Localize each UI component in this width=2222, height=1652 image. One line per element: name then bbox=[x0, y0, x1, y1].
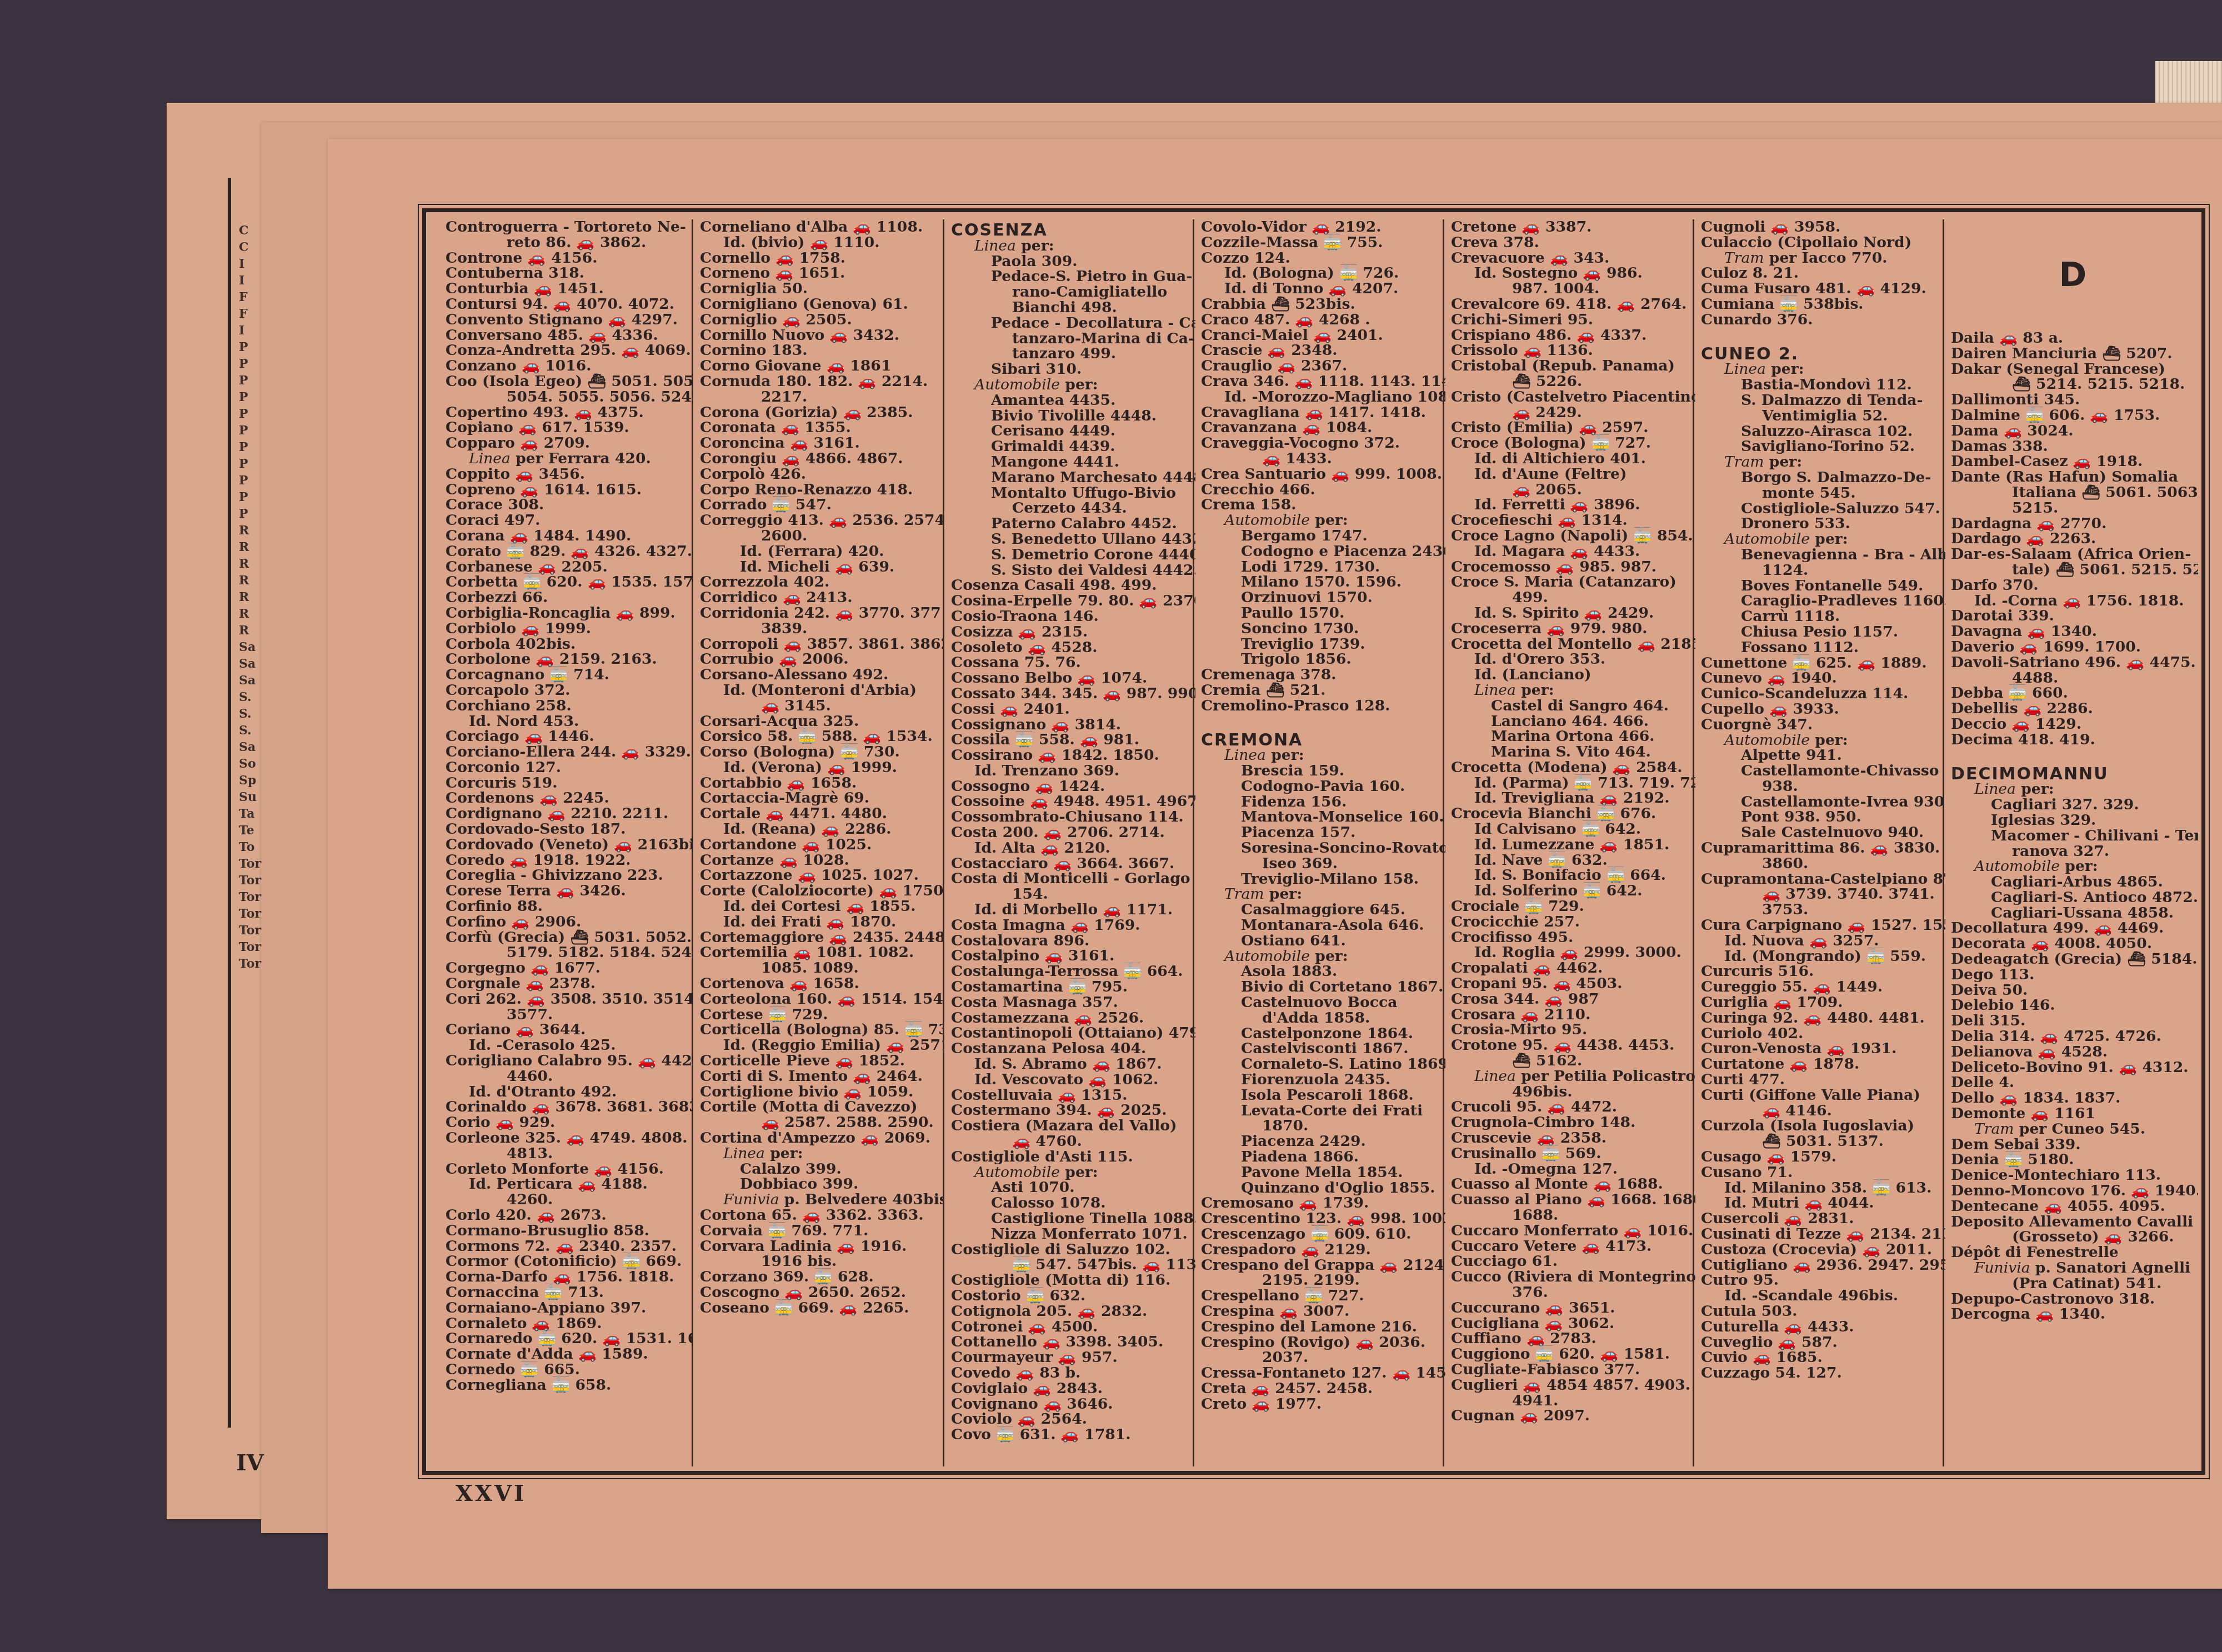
edge-letter: Ta bbox=[239, 805, 261, 822]
index-entry: 1916 bis. bbox=[700, 1254, 941, 1269]
index-entry: Corbolone 🚗 2159. 2163. bbox=[446, 652, 688, 667]
index-entry: Costa 200. 🚗 2706. 2714. bbox=[951, 825, 1192, 840]
index-entry: Crespino (Rovigo) 🚗 2036. bbox=[1201, 1335, 1442, 1350]
index-entry: Dar-es-Salaam (Africa Orien- bbox=[1951, 547, 2195, 562]
index-entry: Castellamonte-Chivasso bbox=[1701, 763, 1942, 779]
index-entry: Bivio Tivolille 4448. bbox=[951, 408, 1192, 424]
index-entry: Deiva 50. bbox=[1951, 983, 2195, 998]
index-entry: Cornaleto 🚗 1869. bbox=[446, 1316, 688, 1331]
service-type-label: Linea bbox=[1474, 682, 1516, 699]
index-entry: Cuccaro Vetere 🚗 4173. bbox=[1451, 1239, 1692, 1254]
index-entry: Cusano 71. bbox=[1701, 1165, 1942, 1180]
index-entry: Corcuris 519. bbox=[446, 775, 688, 791]
index-entry: Cagliari-Ussana 4858. bbox=[1951, 905, 2195, 921]
index-entry: Cucigliana 🚗 3062. bbox=[1451, 1316, 1692, 1331]
index-entry: 🚗 1433. bbox=[1201, 451, 1442, 467]
index-entry: Id. (Monteroni d'Arbia) bbox=[700, 683, 941, 698]
index-entry: Cuccurano 🚗 3651. bbox=[1451, 1300, 1692, 1316]
index-entry: Corace 308. bbox=[446, 497, 688, 513]
index-entry: 🚗 2587. 2588. 2590. bbox=[700, 1115, 941, 1130]
index-entry: Contursi 94. 🚗 4070. 4072. bbox=[446, 297, 688, 312]
index-entry: Davagna 🚗 1340. bbox=[1951, 624, 2195, 639]
index-entry: Costa Imagna 🚗 1769. bbox=[951, 918, 1192, 933]
service-type-label: Automobile bbox=[1724, 530, 1810, 548]
index-entry: Linea per: bbox=[1451, 683, 1692, 698]
index-entry: Crosara 🚗 2110. bbox=[1451, 1007, 1692, 1023]
index-entry: Funivia p. Sanatori Agnelli bbox=[1951, 1260, 2195, 1276]
index-column-2: Corneliano d'Alba 🚗 1108.Id. (bivio) 🚗 1… bbox=[692, 219, 944, 1466]
index-entry: Culoz 8. 21. bbox=[1701, 266, 1942, 281]
edge-letter: Tor bbox=[239, 889, 261, 905]
index-entry: Cossila 🚋 558. 🚗 981. bbox=[951, 732, 1192, 748]
index-entry: Id. (bivio) 🚗 1110. bbox=[700, 235, 941, 251]
index-entry: Id. S. Bonifacio 🚋 664. bbox=[1451, 868, 1692, 883]
service-type-label: Automobile bbox=[974, 1164, 1060, 1181]
index-entry: Automobile per: bbox=[951, 377, 1192, 393]
index-entry: Corno Giovane 🚗 1861 bbox=[700, 358, 941, 374]
index-entry: Sale Castelnuovo 940. bbox=[1701, 825, 1942, 840]
edge-letter: Su bbox=[239, 789, 261, 805]
index-entry: Codogno-Pavia 160. bbox=[1201, 779, 1442, 794]
service-type-label: Automobile bbox=[1224, 948, 1310, 965]
edge-letter: P bbox=[239, 505, 261, 522]
index-entry: Cortina d'Ampezzo 🚗 2069. bbox=[700, 1130, 941, 1146]
index-entry: Correzzola 402. bbox=[700, 574, 941, 590]
index-entry: Deli 315. bbox=[1951, 1013, 2195, 1029]
index-entry: Mangone 4441. bbox=[951, 454, 1192, 470]
index-entry: Crissolo 🚗 1136. bbox=[1451, 343, 1692, 358]
index-entry: Copertino 493. 🚗 4375. bbox=[446, 405, 688, 420]
index-entry: Curcuris 516. bbox=[1701, 964, 1942, 979]
index-entry: Castelponzone 1864. bbox=[1201, 1026, 1442, 1042]
index-entry: Dello 🚗 1834. 1837. bbox=[1951, 1090, 2195, 1106]
index-entry: Paullo 1570. bbox=[1201, 605, 1442, 621]
index-entry: Crocemosso 🚗 985. 987. bbox=[1451, 559, 1692, 575]
index-entry: Dedeagatch (Grecia) ⛴ 5184. bbox=[1951, 952, 2195, 967]
index-entry: Asola 1883. bbox=[1201, 964, 1442, 979]
service-type-label: Tram bbox=[1724, 249, 1764, 267]
index-entry: Corneno 🚗 1651. bbox=[700, 266, 941, 281]
index-entry: Crava 346. 🚗 1118. 1143. 1144. bbox=[1201, 374, 1442, 389]
index-entry: S. Dalmazzo di Tenda- bbox=[1701, 393, 1942, 408]
index-entry: Crugnola-Cimbro 148. bbox=[1451, 1115, 1692, 1130]
index-entry: Costa Masnaga 357. bbox=[951, 995, 1192, 1010]
index-entry: Cori 262. 🚗 3508. 3510. 3514. bbox=[446, 992, 688, 1007]
edge-letter: I bbox=[239, 256, 261, 272]
index-entry: Id. Sostegno 🚗 986. bbox=[1451, 266, 1692, 281]
edge-letter: I bbox=[239, 272, 261, 289]
index-entry: Cordignano 🚗 2210. 2211. bbox=[446, 806, 688, 822]
index-entry: Cravagliana 🚗 1417. 1418. bbox=[1201, 405, 1442, 420]
index-entry: Cortese 🚋 729. bbox=[700, 1007, 941, 1023]
edge-letter: Tor bbox=[239, 872, 261, 889]
index-column-5: Cretone 🚗 3387.Creva 378.Crevacuore 🚗 34… bbox=[1443, 219, 1695, 1466]
index-entry: Cornino 183. bbox=[700, 343, 941, 358]
edge-letter: Sa bbox=[239, 739, 261, 755]
index-entry: Coriano 🚗 3644. bbox=[446, 1022, 688, 1038]
index-entry: Ostiano 641. bbox=[1201, 933, 1442, 949]
index-entry: Crocetta (Modena) 🚗 2584. bbox=[1451, 760, 1692, 775]
index-entry: ⛴ 5031. 5137. bbox=[1701, 1134, 1942, 1149]
index-entry: Isola Pescaroli 1868. bbox=[1201, 1088, 1442, 1103]
index-entry: Cosenza Casali 498. 499. bbox=[951, 578, 1192, 593]
section-heading: CUNEO 2. bbox=[1701, 347, 1942, 362]
index-entry: Costalpino 🚗 3161. bbox=[951, 948, 1192, 964]
index-entry: Cerzeto 4434. bbox=[951, 500, 1192, 516]
index-entry: Craveggia-Vocogno 372. bbox=[1201, 435, 1442, 451]
index-entry: Castel di Sangro 464. bbox=[1451, 698, 1692, 714]
index-entry: Corongiu 🚗 4866. 4867. bbox=[700, 451, 941, 467]
service-type-label: Funivia bbox=[723, 1191, 779, 1208]
index-entry: Corona (Gorizia) 🚗 2385. bbox=[700, 405, 941, 420]
index-entry: Borgo S. Dalmazzo-De- bbox=[1701, 470, 1942, 485]
index-entry: Cristobal (Repub. Panama) bbox=[1451, 358, 1692, 374]
index-entry: Brescia 159. bbox=[1201, 763, 1442, 779]
index-entry: Cremolino-Prasco 128. bbox=[1201, 698, 1442, 714]
index-entry: Corcapolo 372. bbox=[446, 683, 688, 698]
index-entry: Corrado 🚋 547. bbox=[700, 497, 941, 513]
index-entry: tanzaro-Marina di Ca- bbox=[951, 331, 1192, 347]
index-entry: Dama 🚗 3024. bbox=[1951, 423, 2195, 439]
edge-letter: Tor bbox=[239, 922, 261, 939]
index-entry: Cumiana 🚋 538bis. bbox=[1701, 297, 1942, 312]
index-entry: Corconio 127. bbox=[446, 760, 688, 775]
edge-letter: Tor bbox=[239, 955, 261, 972]
index-entry: Cormor (Cotonificio) 🚋 669. bbox=[446, 1254, 688, 1269]
index-entry: Id. Perticara 🚗 4188. bbox=[446, 1177, 688, 1192]
index-entry: Saluzzo-Airasca 102. bbox=[1701, 424, 1942, 439]
index-entry: Pont 938. 950. bbox=[1701, 809, 1942, 825]
index-entry: Id. d'Orero 353. bbox=[1451, 652, 1692, 667]
index-entry: Demonte 🚗 1161 bbox=[1951, 1106, 2195, 1122]
edge-letter: P bbox=[239, 439, 261, 455]
index-entry: 2195. 2199. bbox=[1201, 1273, 1442, 1288]
index-entry: Id. Trevigliana 🚗 2192. bbox=[1451, 790, 1692, 806]
index-entry: Dambel-Casez 🚗 1918. bbox=[1951, 454, 2195, 469]
index-entry: Treviglio 1739. bbox=[1201, 637, 1442, 652]
index-entry: Corrubio 🚗 2006. bbox=[700, 652, 941, 667]
index-entry: Corio 🚗 929. bbox=[446, 1115, 688, 1130]
index-entry: 5215. bbox=[1951, 500, 2195, 516]
index-entry: Cottanello 🚗 3398. 3405. bbox=[951, 1334, 1192, 1350]
index-entry: Crocifisso 495. bbox=[1451, 930, 1692, 945]
index-entry: Corropoli 🚗 3857. 3861. 3862. bbox=[700, 637, 941, 652]
service-type-label: Linea bbox=[469, 450, 511, 467]
index-entry: Cossirano 🚗 1842. 1850. bbox=[951, 748, 1192, 763]
index-entry: Cosio-Traona 146. bbox=[951, 609, 1192, 624]
index-entry: Dardagna 🚗 2770. bbox=[1951, 516, 2195, 532]
index-entry: Costigliole di Saluzzo 102. bbox=[951, 1242, 1192, 1258]
index-entry: Funivia p. Belvedere 403bis bbox=[700, 1192, 941, 1208]
index-entry: Cornillo Nuovo 🚗 3432. bbox=[700, 328, 941, 343]
index-entry: Crusinallo 🚋 569. bbox=[1451, 1146, 1692, 1162]
index-entry: Trigolo 1856. bbox=[1201, 652, 1442, 667]
edge-letter: R bbox=[239, 539, 261, 555]
index-entry: Piadena 1866. bbox=[1201, 1149, 1442, 1165]
index-entry: Crucoli 95. 🚗 4472. bbox=[1451, 1099, 1692, 1115]
index-entry: Dardago 🚗 2263. bbox=[1951, 531, 2195, 547]
index-entry: Id. dei Cortesi 🚗 1855. bbox=[700, 899, 941, 914]
index-entry: Crespano del Grappa 🚗 2124. bbox=[1201, 1258, 1442, 1273]
index-entry: 4941. bbox=[1451, 1393, 1692, 1409]
edge-letter: P bbox=[239, 422, 261, 439]
edge-letter: R bbox=[239, 572, 261, 589]
index-entry: Corsari-Acqua 325. bbox=[700, 714, 941, 729]
index-entry: Cornello 🚗 1758. bbox=[700, 251, 941, 266]
index-entry: Delianova 🚗 4528. bbox=[1951, 1044, 2195, 1060]
index-entry: Cremosano 🚗 1739. bbox=[1201, 1195, 1442, 1211]
index-entry: Crauglio 🚗 2367. bbox=[1201, 358, 1442, 374]
index-entry: tale) ⛴ 5061. 5215. 5216. bbox=[1951, 562, 2195, 578]
index-entry: Crespina 🚗 3007. bbox=[1201, 1304, 1442, 1319]
index-entry: Cortemilia 🚗 1081. 1082. bbox=[700, 945, 941, 960]
index-entry: Crevalcore 69. 418. 🚗 2764. bbox=[1451, 297, 1692, 312]
section-heading: DECIMOMANNU bbox=[1951, 767, 2195, 782]
index-entry: Automobile per: bbox=[1201, 513, 1442, 528]
index-entry: Cruscevie 🚗 2358. bbox=[1451, 1130, 1692, 1146]
index-entry: Corese Terra 🚗 3426. bbox=[446, 883, 688, 899]
index-entry: Soncino 1730. bbox=[1201, 621, 1442, 637]
index-entry: Nizza Monferrato 1071. bbox=[951, 1227, 1192, 1242]
index-entry: Crosia-Mirto 95. bbox=[1451, 1022, 1692, 1038]
index-entry: Cuasso al Monte 🚗 1688. bbox=[1451, 1177, 1692, 1192]
index-entry: Debellis 🚗 2286. bbox=[1951, 701, 2195, 717]
service-type-label: Linea bbox=[1474, 1068, 1516, 1085]
index-column-7: D Daila 🚗 83 a.Dairen Manciuria ⛴ 5207.D… bbox=[1943, 219, 2198, 1466]
edge-letter: Te bbox=[239, 822, 261, 839]
index-entry: Courmayeur 🚗 957. bbox=[951, 1350, 1192, 1365]
index-entry: Corteolona 160. 🚗 1514. 1546. bbox=[700, 992, 941, 1007]
index-entry: Covignano 🚗 3646. bbox=[951, 1396, 1192, 1412]
index-entry: Bivio di Cortetano 1867. bbox=[1201, 979, 1442, 995]
index-entry: Corna-Darfo 🚗 1756. 1818. bbox=[446, 1269, 688, 1285]
index-entry: Cusago 🚗 1579. bbox=[1701, 1149, 1942, 1165]
index-entry: Cranci-Maiel 🚗 2401. bbox=[1201, 328, 1442, 343]
index-entry: Corridonia 242. 🚗 3770. 3771. bbox=[700, 605, 941, 621]
index-entry: 4460. bbox=[446, 1069, 688, 1084]
index-entry: Id. (Reggio Emilia) 🚗 2571. bbox=[700, 1038, 941, 1053]
index-entry: 🚗 4760. bbox=[951, 1134, 1192, 1149]
index-entry: Corfù (Grecia) ⛴ 5031. 5052. bbox=[446, 930, 688, 945]
index-entry: Corsano-Alessano 492. bbox=[700, 667, 941, 683]
index-entry: Corti di S. Imento 🚗 2464. bbox=[700, 1069, 941, 1084]
index-entry: Cotronei 🚗 4500. bbox=[951, 1319, 1192, 1335]
index-entry: Cosoleto 🚗 4528. bbox=[951, 640, 1192, 655]
index-entry: Id. dei Frati 🚗 1870. bbox=[700, 914, 941, 930]
index-entry: monte 545. bbox=[1701, 485, 1942, 501]
index-entry: Denia 🚋 5180. bbox=[1951, 1152, 2195, 1168]
index-entry: Craco 487. 🚗 4268 . bbox=[1201, 312, 1442, 328]
index-entry: tanzaro 499. bbox=[951, 346, 1192, 362]
index-entry: Cunevo 🚗 1940. bbox=[1701, 670, 1942, 686]
index-entry: Darfo 370. bbox=[1951, 578, 2195, 593]
index-entry: 🚗 3145. bbox=[700, 698, 941, 714]
index-entry: Bastia-Mondovì 112. bbox=[1701, 377, 1942, 393]
index-entry: Dercogna 🚗 1340. bbox=[1951, 1306, 2195, 1322]
index-entry: Dobbiaco 399. bbox=[700, 1177, 941, 1192]
index-entry: Id. Lumezzane 🚗 1851. bbox=[1451, 837, 1692, 853]
index-entry: Cugliate-Fabiasco 377. bbox=[1451, 1362, 1692, 1378]
index-entry: Corgnale 🚗 2378. bbox=[446, 976, 688, 992]
index-entry: Id. (Mongrando) 🚋 559. bbox=[1701, 949, 1942, 964]
index-entry: Cupello 🚗 3933. bbox=[1701, 702, 1942, 717]
index-entry: Corigliano Calabro 95. 🚗 4424. bbox=[446, 1053, 688, 1069]
index-entry: Id. di Tonno 🚗 4207. bbox=[1201, 281, 1442, 297]
index-entry: Costiera (Mazara del Vallo) bbox=[951, 1118, 1192, 1134]
index-entry bbox=[1951, 748, 2195, 763]
index-entry: Lanciano 464. 466. bbox=[1451, 714, 1692, 729]
index-entry: Calosso 1078. bbox=[951, 1195, 1192, 1211]
index-entry: Croceserra 🚗 979. 980. bbox=[1451, 621, 1692, 637]
index-entry: Crea Santuario 🚗 999. 1008. bbox=[1201, 467, 1442, 482]
index-entry: Linea per Petilia Policastro bbox=[1451, 1069, 1692, 1084]
index-entry: Debba 🚋 660. bbox=[1951, 685, 2195, 701]
index-entry: Automobile per: bbox=[1701, 532, 1942, 547]
index-entry: Cuorgnè 347. bbox=[1701, 717, 1942, 733]
index-entry: Conversano 485. 🚗 4336. bbox=[446, 328, 688, 343]
index-entry: Cunettone 🚋 625. 🚗 1889. bbox=[1701, 655, 1942, 671]
index-entry: Id. Ferretti 🚗 3896. bbox=[1451, 497, 1692, 513]
index-entry: Cagliari-S. Antioco 4872. bbox=[1951, 890, 2195, 905]
index-entry: Deposito Allevamento Cavalli bbox=[1951, 1214, 2195, 1230]
index-entry: Dentecane 🚗 4055. 4095. bbox=[1951, 1199, 2195, 1214]
index-entry: Bergamo 1747. bbox=[1201, 528, 1442, 544]
index-entry: Cordenons 🚗 2245. bbox=[446, 790, 688, 806]
index-entry: Marina Ortona 466. bbox=[1451, 729, 1692, 744]
index-entry: Corinaldo 🚗 3678. 3681. 3683. bbox=[446, 1099, 688, 1115]
index-entry: Cropani 95. 🚗 4503. bbox=[1451, 976, 1692, 992]
index-entry: Curtatone 🚗 1878. bbox=[1701, 1057, 1942, 1072]
index-entry: Id. Nave 🚋 632. bbox=[1451, 853, 1692, 868]
index-entry: Linea per Ferrara 420. bbox=[446, 451, 688, 467]
index-entry: Id. (Verona) 🚗 1999. bbox=[700, 760, 941, 775]
index-entry: Cunardo 376. bbox=[1701, 312, 1942, 328]
index-entry: Copparo 🚗 2709. bbox=[446, 435, 688, 451]
index-entry: Corniglio 🚗 2505. bbox=[700, 312, 941, 328]
index-entry: Costelluvaia 🚗 1315. bbox=[951, 1088, 1192, 1103]
index-entry: Levata-Corte dei Frati bbox=[1201, 1103, 1442, 1119]
index-entry: Conturbia 🚗 1451. bbox=[446, 281, 688, 297]
index-entry: Cossogno 🚗 1424. bbox=[951, 779, 1192, 794]
index-entry: Cureggio 55. 🚗 1449. bbox=[1701, 979, 1942, 995]
index-entry: Automobile per: bbox=[1701, 733, 1942, 748]
index-entry: Cortona 65. 🚗 3362. 3363. bbox=[700, 1208, 941, 1223]
index-entry: Crotone 95. 🚗 4438. 4453. bbox=[1451, 1038, 1692, 1053]
index-entry: reto 86. 🚗 3862. bbox=[446, 235, 688, 251]
index-entry: Crespadoro 🚗 2129. bbox=[1201, 1242, 1442, 1258]
index-entry: S. Demetrio Corone 4440. bbox=[951, 547, 1192, 563]
index-entry: Daila 🚗 83 a. bbox=[1951, 331, 2195, 346]
index-entry: Denno-Moncovo 176. 🚗 1940. bbox=[1951, 1183, 2195, 1199]
index-entry: Cortemaggiore 🚗 2435. 2448. bbox=[700, 930, 941, 945]
index-entry: Coviglaio 🚗 2843. bbox=[951, 1381, 1192, 1396]
index-entry: Crabbia ⛴ 523bis. bbox=[1201, 297, 1442, 312]
index-entry: Cuveglio 🚗 587. bbox=[1701, 1335, 1942, 1350]
index-entry: S. Benedetto Ullano 4432. bbox=[951, 532, 1192, 547]
index-entry: 1085. 1089. bbox=[700, 960, 941, 976]
index-entry: Corbetta 🚋 620. 🚗 1535. 1578. bbox=[446, 574, 688, 590]
index-entry: Cretone 🚗 3387. bbox=[1451, 219, 1692, 235]
index-entry: Id. Roglia 🚗 2999. 3000. bbox=[1451, 945, 1692, 960]
index-entry: Bianchi 498. bbox=[951, 300, 1192, 316]
index-entry: Corfinio 88. bbox=[446, 899, 688, 914]
index-entry: ranova 327. bbox=[1951, 844, 2195, 859]
index-entry: Crecchio 466. bbox=[1201, 482, 1442, 498]
edge-letter: Sa bbox=[239, 672, 261, 689]
index-entry: Cropalati 🚗 4462. bbox=[1451, 960, 1692, 976]
index-entry: Id. Trenzano 369. bbox=[951, 763, 1192, 779]
index-entry: rano-Camigliatello bbox=[951, 284, 1192, 300]
index-entry: Cutro 95. bbox=[1701, 1273, 1942, 1288]
index-entry: Corneliano d'Alba 🚗 1108. bbox=[700, 219, 941, 235]
index-entry: Corte (Calolziocorte) 🚗 1750. bbox=[700, 883, 941, 899]
index-entry: Coroncina 🚗 3161. bbox=[700, 435, 941, 451]
index-entry: Cortandone 🚗 1025. bbox=[700, 837, 941, 853]
index-entry: Cortale 🚗 4471. 4480. bbox=[700, 806, 941, 822]
index-entry: Cuma Fusaro 481. 🚗 4129. bbox=[1701, 281, 1942, 297]
index-entry: Curti 477. bbox=[1701, 1072, 1942, 1088]
index-entry: Cossombrato-Chiusano 114. bbox=[951, 809, 1192, 825]
index-entry: Id. (Parma) 🚋 713. 719. 721 bbox=[1451, 775, 1692, 791]
index-entry: Copiano 🚗 617. 1539. bbox=[446, 420, 688, 435]
index-entry: 4813. bbox=[446, 1146, 688, 1162]
index-entry: Fidenza 156. bbox=[1201, 794, 1442, 810]
index-entry: Creva 378. bbox=[1451, 235, 1692, 251]
index-entry: Castiglione Tinella 1088. bbox=[951, 1211, 1192, 1227]
index-entry: Id. Alta 🚗 2120. bbox=[951, 840, 1192, 856]
index-entry: Curzola (Isola Iugoslavia) bbox=[1701, 1118, 1942, 1134]
edge-letter: S. bbox=[239, 689, 261, 705]
index-entry: Creto 🚗 1977. bbox=[1201, 1396, 1442, 1412]
index-entry: Crescentino 123. 🚗 998. 1003. bbox=[1201, 1211, 1442, 1227]
index-entry: 🚋 547. 547bis. 🚗 1139. bbox=[951, 1257, 1192, 1273]
service-type-label: Automobile bbox=[1974, 858, 2060, 875]
index-entry: Corvara Ladinia 🚗 1916. bbox=[700, 1239, 941, 1254]
index-entry: Ventimiglia 52. bbox=[1701, 408, 1942, 424]
index-entry: Boves Fontanelle 549. bbox=[1701, 578, 1942, 594]
index-entry: Corso (Bologna) 🚋 730. bbox=[700, 744, 941, 760]
index-entry: Crespino del Lamone 216. bbox=[1201, 1319, 1442, 1335]
index-entry: 3839. bbox=[700, 621, 941, 637]
edge-letter: Tor bbox=[239, 855, 261, 872]
index-entry: Davoli-Satriano 496. 🚗 4475. bbox=[1951, 655, 2195, 670]
index-entry: Corpo Reno-Renazzo 418. bbox=[700, 482, 941, 498]
index-entry: Cagliari-Arbus 4865. bbox=[1951, 874, 2195, 890]
index-entry: Costigliole-Saluzzo 547. bbox=[1701, 501, 1942, 517]
index-entry: Amantea 4435. bbox=[951, 393, 1192, 408]
index-entry: Controguerra - Tortoreto Ne- bbox=[446, 219, 688, 235]
index-entry: Coreglia - Ghivizzano 223. bbox=[446, 868, 688, 883]
index-entry: Quinzano d'Oglio 1855. bbox=[1201, 1180, 1442, 1196]
index-entry: Id Calvisano 🚋 642. bbox=[1451, 822, 1692, 837]
edge-letter: So bbox=[239, 755, 261, 772]
index-entry: 154. bbox=[951, 887, 1192, 902]
index-entry: Costacciaro 🚗 3664. 3667. bbox=[951, 856, 1192, 872]
edge-letter: R bbox=[239, 605, 261, 622]
index-entry: Dem Sebai 339. bbox=[1951, 1137, 2195, 1153]
index-entry: Tram per: bbox=[1701, 454, 1942, 470]
index-entry: Soresina-Soncino-Rovato bbox=[1201, 840, 1442, 856]
index-entry: Controne 🚗 4156. bbox=[446, 251, 688, 266]
index-entry: Depupo-Castronovo 318. bbox=[1951, 1291, 2195, 1307]
index-entry: Milano 1570. 1596. bbox=[1201, 574, 1442, 590]
edge-letter: C bbox=[239, 239, 261, 256]
index-entry: Cossoine 🚗 4948. 4951. 4967. bbox=[951, 794, 1192, 809]
index-entry: Corciago 🚗 1446. bbox=[446, 729, 688, 744]
index-entry: Croce Lagno (Napoli) 🚋 854. bbox=[1451, 528, 1692, 544]
index-entry: Dallimonti 345. bbox=[1951, 392, 2195, 408]
index-entry: Id. di Morbello 🚗 1171. bbox=[951, 902, 1192, 918]
